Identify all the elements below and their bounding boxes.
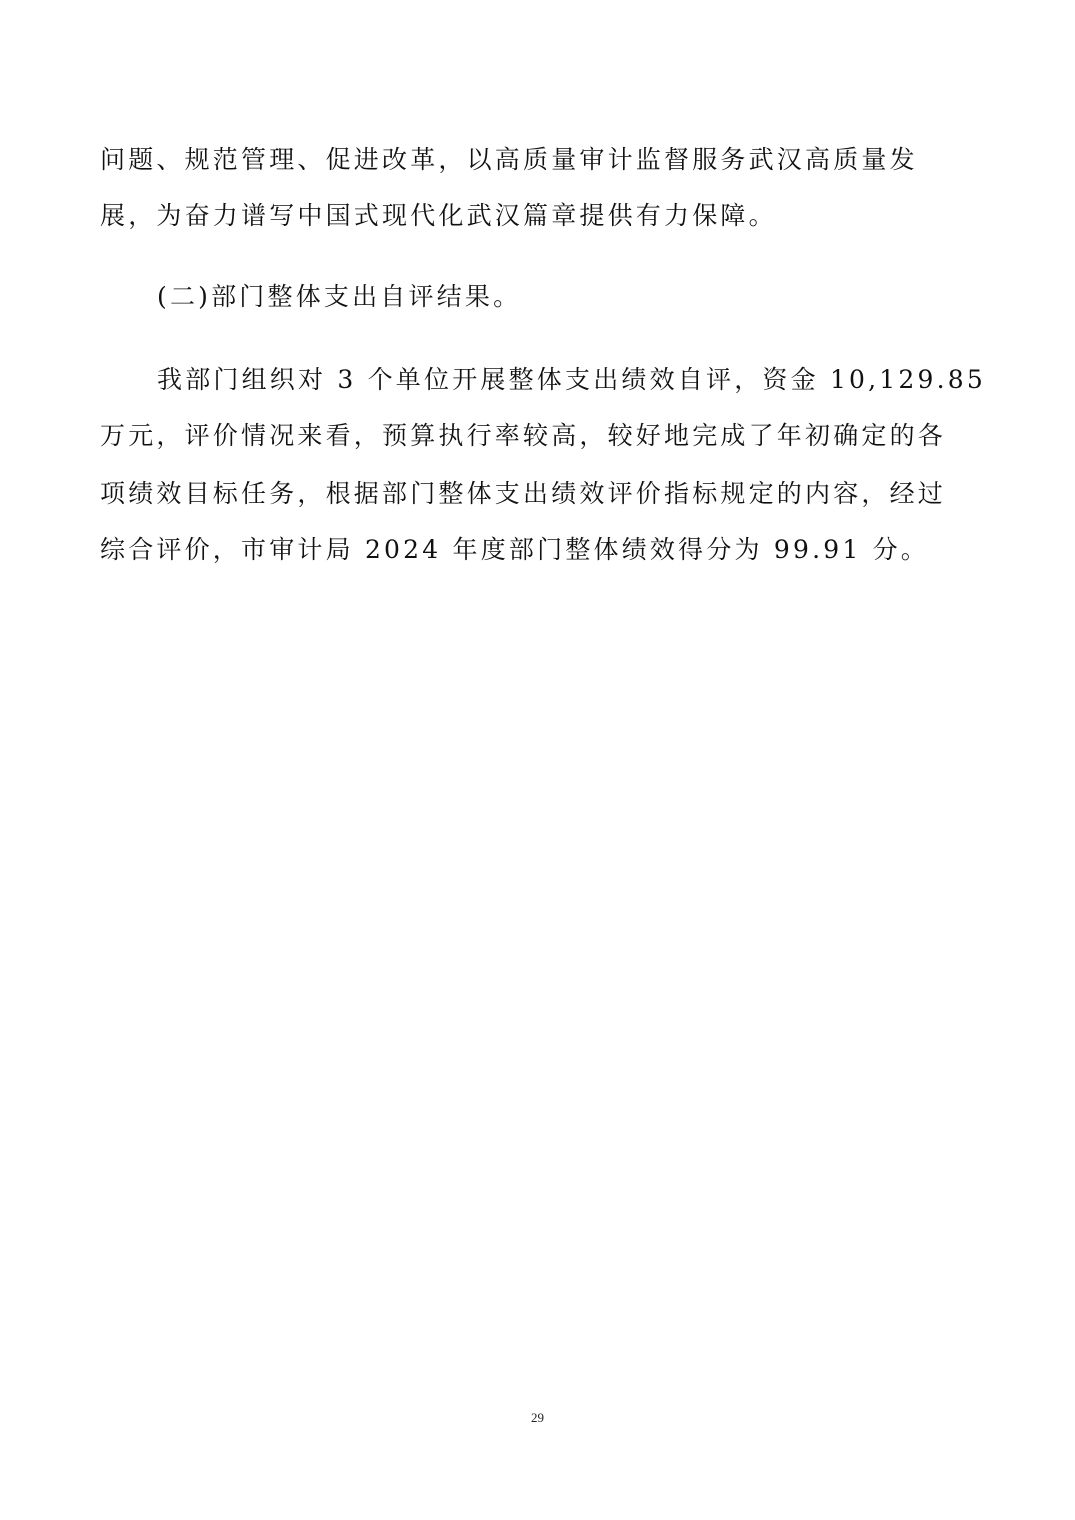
page-number: 29	[0, 1410, 1075, 1426]
section-heading: (二)部门整体支出自评结果。	[157, 282, 521, 312]
text-line: 我部门组织对 3 个单位开展整体支出绩效自评，资金 10,129.85	[157, 365, 986, 395]
text-line: 展，为奋力谱写中国式现代化武汉篇章提供有力保障。	[100, 201, 777, 231]
text-line: 问题、规范管理、促进改革，以高质量审计监督服务武汉高质量发	[100, 145, 918, 175]
text-line: 万元，评价情况来看，预算执行率较高，较好地完成了年初确定的各	[100, 421, 946, 451]
text-line: 项绩效目标任务，根据部门整体支出绩效评价指标规定的内容，经过	[100, 479, 946, 509]
text-line: 综合评价，市审计局 2024 年度部门整体绩效得分为 99.91 分。	[100, 535, 929, 565]
